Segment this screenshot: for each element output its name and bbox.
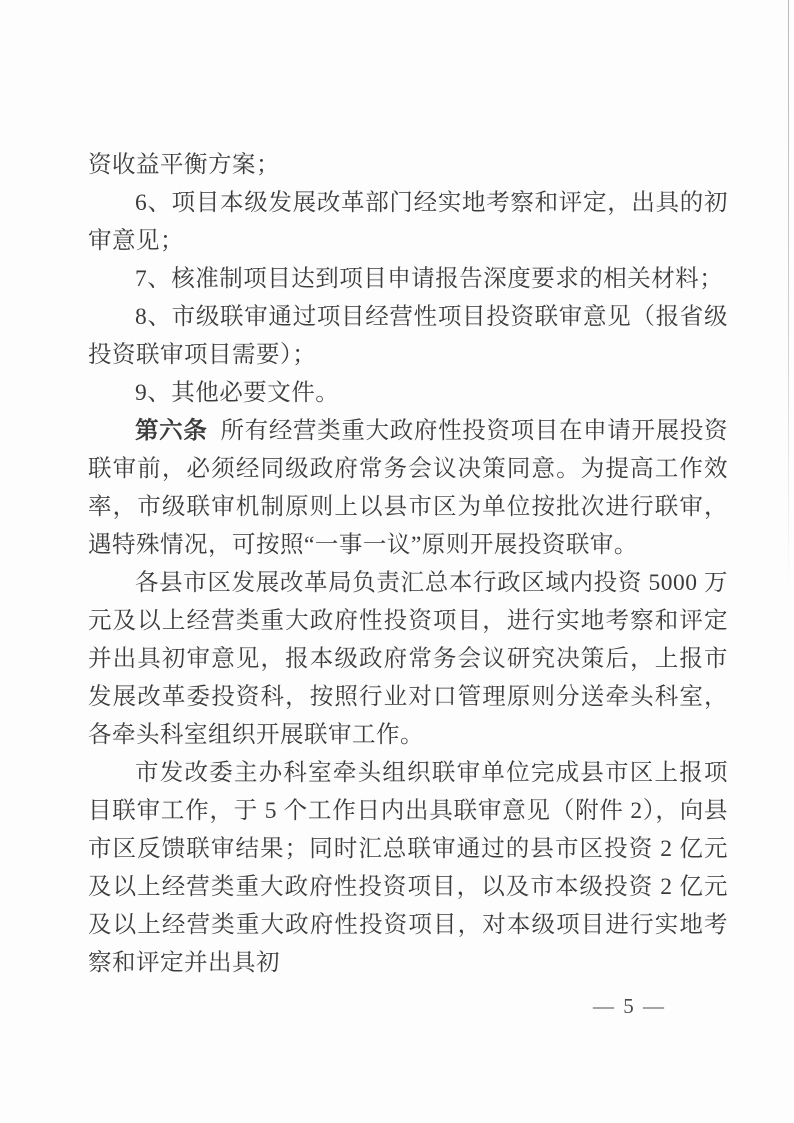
article-6-paragraph: 第六条所有经营类重大政府性投资项目在申请开展投资联审前，必须经同级政府常务会议决…	[88, 412, 728, 564]
numbered-item-6: 6、项目本级发展改革部门经实地考察和评定，出具的初审意见；	[88, 184, 728, 260]
numbered-item-8: 8、市级联审通过项目经营性项目投资联审意见（报省级投资联审项目需要）；	[88, 298, 728, 374]
document-body: 资收益平衡方案； 6、项目本级发展改革部门经实地考察和评定，出具的初审意见； 7…	[88, 146, 728, 982]
page-number: — 5 —	[593, 994, 666, 1019]
document-page: 资收益平衡方案； 6、项目本级发展改革部门经实地考察和评定，出具的初审意见； 7…	[0, 0, 794, 1123]
numbered-item-9: 9、其他必要文件。	[88, 374, 728, 412]
article-6-heading: 第六条	[135, 418, 208, 444]
paragraph-county-level-procedure: 各县市区发展改革局负责汇总本行政区域内投资 5000 万元及以上经营类重大政府性…	[88, 564, 728, 754]
paragraph-city-level-procedure: 市发改委主办科室牵头组织联审单位完成县市区上报项目联审工作，于 5 个工作日内出…	[88, 754, 728, 982]
paragraph-continued-from-previous-page: 资收益平衡方案；	[88, 146, 728, 184]
numbered-item-7: 7、核准制项目达到项目申请报告深度要求的相关材料；	[88, 260, 728, 298]
scan-edge-artifact	[788, 0, 789, 590]
